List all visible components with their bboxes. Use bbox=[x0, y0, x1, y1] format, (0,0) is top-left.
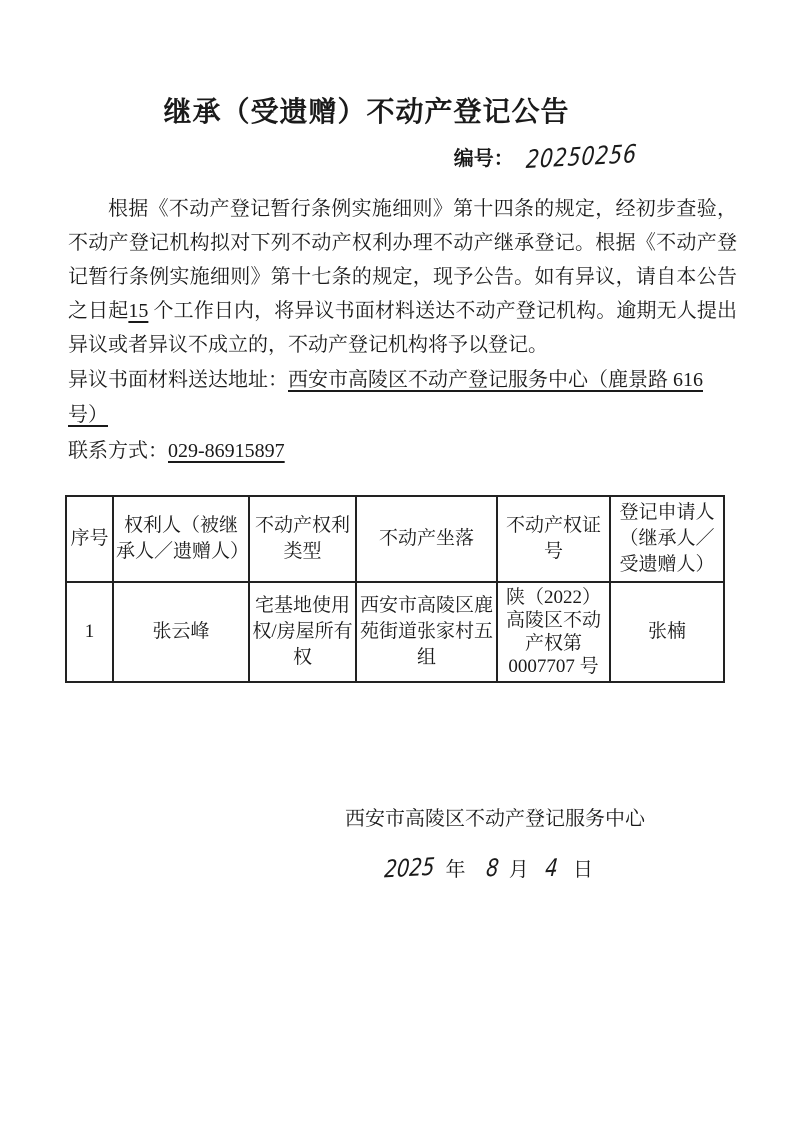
objection-address-line: 异议书面材料送达地址：西安市高陵区不动产登记服务中心（鹿景路 616 号） bbox=[68, 363, 737, 433]
document-title: 继承（受遗赠）不动产登记公告 bbox=[32, 96, 701, 130]
objection-days-underlined: 15 bbox=[128, 300, 148, 322]
paragraph-text-part2: 个工作日内，将异议书面材料送达不动产登记机构。逾期无人提出异议或者异议不成立的，… bbox=[68, 300, 737, 356]
doc-number-value-handwritten: 20250256 bbox=[525, 139, 638, 175]
objection-address-label: 异议书面材料送达地址： bbox=[68, 369, 288, 391]
contact-phone-value: 029-86915897 bbox=[168, 440, 285, 462]
registration-table: 序号 权利人（被继承人／遗赠人） 不动产权利类型 不动产坐落 不动产权证号 登记… bbox=[65, 495, 725, 683]
announcement-document: 继承（受遗赠）不动产登记公告 编号：20250256 根据《不动产登记暂行条例实… bbox=[0, 0, 800, 1148]
date-year-label: 年 bbox=[445, 859, 465, 881]
date-year-handwritten: 2025 bbox=[384, 852, 437, 885]
table-row: 1 张云峰 宅基地使用权/房屋所有权 西安市高陵区鹿苑街道张家村五组 陕（202… bbox=[66, 582, 724, 682]
table-cell-owner: 张云峰 bbox=[113, 582, 249, 682]
table-body: 1 张云峰 宅基地使用权/房屋所有权 西安市高陵区鹿苑街道张家村五组 陕（202… bbox=[66, 582, 724, 682]
table-header-row-group: 序号 权利人（被继承人／遗赠人） 不动产权利类型 不动产坐落 不动产权证号 登记… bbox=[66, 496, 724, 582]
table-cell-applicant: 张楠 bbox=[610, 582, 724, 682]
date-month-handwritten: 8 bbox=[486, 853, 501, 884]
table-cell-seq: 1 bbox=[66, 582, 113, 682]
signature-organization: 西安市高陵区不动产登记服务中心 bbox=[68, 807, 737, 831]
signature-date-line: 2025年8月4日 bbox=[68, 853, 737, 885]
doc-number-label: 编号： bbox=[454, 148, 514, 170]
table-cell-right-type: 宅基地使用权/房屋所有权 bbox=[249, 582, 356, 682]
col-header-cert-no: 不动产权证号 bbox=[497, 496, 610, 582]
col-header-owner: 权利人（被继承人／遗赠人） bbox=[113, 496, 249, 582]
contact-label: 联系方式： bbox=[68, 440, 168, 462]
date-day-label: 日 bbox=[573, 859, 593, 881]
col-header-right-type: 不动产权利类型 bbox=[249, 496, 356, 582]
date-month-label: 月 bbox=[509, 859, 529, 881]
body-paragraph: 根据《不动产登记暂行条例实施细则》第十四条的规定，经初步查验，不动产登记机构拟对… bbox=[68, 192, 737, 362]
table-cell-location: 西安市高陵区鹿苑街道张家村五组 bbox=[356, 582, 497, 682]
contact-line: 联系方式：029-86915897 bbox=[68, 434, 737, 469]
col-header-location: 不动产坐落 bbox=[356, 496, 497, 582]
doc-number-line: 编号：20250256 bbox=[68, 142, 737, 174]
table-cell-cert-no: 陕（2022）高陵区不动产权第 0007707 号 bbox=[497, 582, 610, 682]
col-header-applicant: 登记申请人（继承人／受遗赠人） bbox=[610, 496, 724, 582]
table-header-row: 序号 权利人（被继承人／遗赠人） 不动产权利类型 不动产坐落 不动产权证号 登记… bbox=[66, 496, 724, 582]
date-day-handwritten: 4 bbox=[544, 853, 559, 884]
document-content: 继承（受遗赠）不动产登记公告 编号：20250256 根据《不动产登记暂行条例实… bbox=[0, 0, 800, 885]
col-header-seq: 序号 bbox=[66, 496, 113, 582]
